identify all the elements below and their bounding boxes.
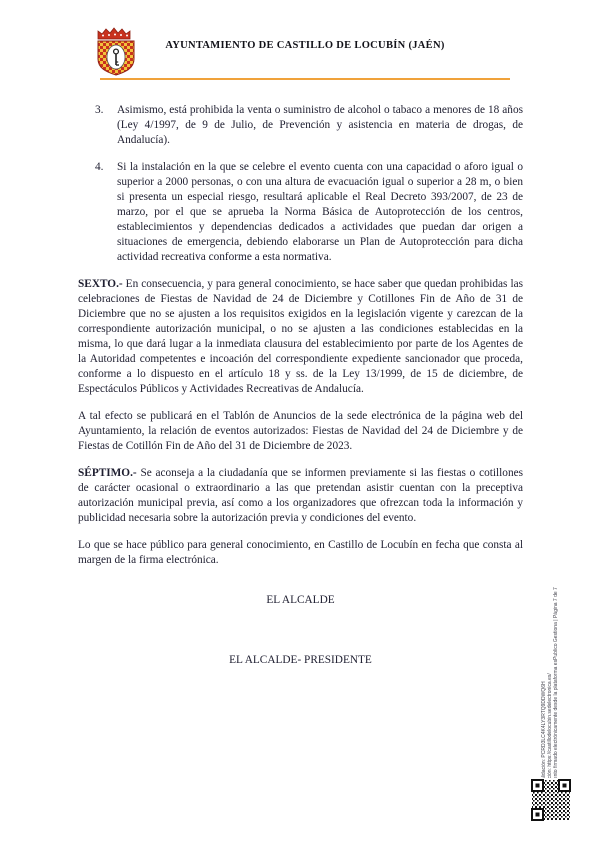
paragraph-text: A tal efecto se publicará en el Tablón d… [78,410,523,452]
municipal-coat-of-arms-icon [94,25,138,77]
document-body: 3. Asimismo, está prohibida la venta o s… [78,103,523,668]
numbered-item-4: 4. Si la instalación en la que se celebr… [78,160,523,265]
signature-title-alcalde: EL ALCALDE [78,593,523,608]
paragraph-sexto: SEXTO.- En consecuencia, y para general … [78,277,523,397]
numbered-item-3: 3. Asimismo, está prohibida la venta o s… [78,103,523,148]
signed-document-line: Documento firmado electrónicamente desde… [553,527,559,795]
paragraph-tablon: A tal efecto se publicará en el Tablón d… [78,409,523,454]
paragraph-closing: Lo que se hace público para general cono… [78,538,523,568]
paragraph-lead: SÉPTIMO.- [78,467,137,479]
signature-title-alcalde-presidente: EL ALCALDE- PRESIDENTE [78,653,523,668]
item-text: Asimismo, está prohibida la venta o sumi… [117,104,523,146]
paragraph-septimo: SÉPTIMO.- Se aconseja a la ciudadanía qu… [78,466,523,526]
paragraph-text: En consecuencia, y para general conocimi… [78,278,523,395]
item-number: 3. [95,103,103,118]
item-text: Si la instalación en la que se celebre e… [117,161,523,263]
page-title: AYUNTAMIENTO DE CASTILLO DE LOCUBÍN (JAÉ… [100,40,510,51]
paragraph-text: Lo que se hace público para general cono… [78,539,523,566]
verification-qr-code-icon [531,778,571,822]
paragraph-text: Se aconseja a la ciudadanía que se infor… [78,467,523,524]
header-divider [100,78,510,80]
validation-sidebar: Cód. Validación: PCRD3LC4K4LY3RTQ9DDWQ6H… [541,527,559,795]
document-page: AYUNTAMIENTO DE CASTILLO DE LOCUBÍN (JAÉ… [0,0,595,842]
paragraph-lead: SEXTO.- [78,278,123,290]
item-number: 4. [95,160,103,175]
